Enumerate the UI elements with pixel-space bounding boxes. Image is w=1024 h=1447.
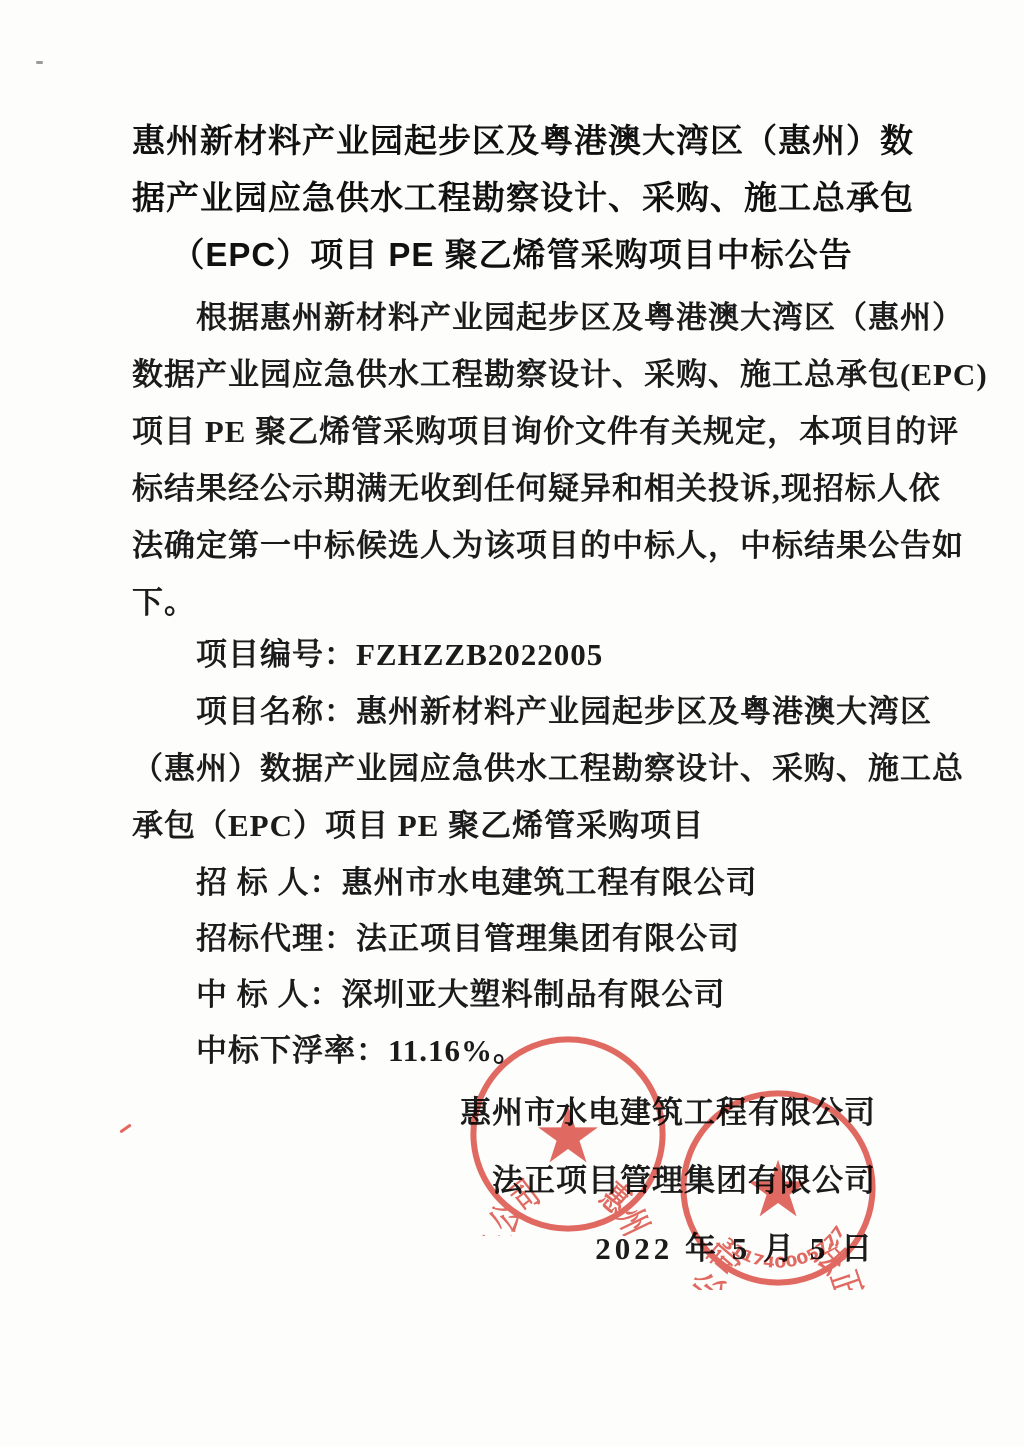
field-agency: 招标代理：法正项目管理集团有限公司 bbox=[132, 916, 892, 962]
paragraph-line: 数据产业园应急供水工程勘察设计、采购、施工总承包(EPC) bbox=[132, 352, 892, 398]
field-project-name-cont: 承包（EPC）项目 PE 聚乙烯管采购项目 bbox=[132, 803, 892, 849]
field-project-name: 项目名称：惠州新材料产业园起步区及粤港澳大湾区 bbox=[132, 689, 892, 735]
field-project-number: 项目编号：FZHZZB2022005 bbox=[132, 632, 892, 678]
field-label: 中标下浮率： bbox=[196, 1033, 388, 1068]
title-line-2: 据产业园应急供水工程勘察设计、采购、施工总承包 bbox=[132, 175, 892, 221]
field-value: 惠州市水电建筑工程有限公司 bbox=[342, 865, 758, 900]
document-page: 惠州新材料产业园起步区及粤港澳大湾区（惠州）数 据产业园应急供水工程勘察设计、采… bbox=[0, 0, 1024, 1447]
field-winner: 中 标 人：深圳亚大塑料制品有限公司 bbox=[132, 972, 892, 1018]
field-label: 中 标 人： bbox=[196, 977, 342, 1012]
field-label: 招标代理： bbox=[196, 921, 356, 956]
paragraph-line: 法确定第一中标候选人为该项目的中标人，中标结果公告如 bbox=[132, 523, 892, 569]
paragraph-line: 根据惠州新材料产业园起步区及粤港澳大湾区（惠州） bbox=[132, 295, 892, 341]
field-tenderer: 招 标 人：惠州市水电建筑工程有限公司 bbox=[132, 860, 892, 906]
field-label: 招 标 人： bbox=[196, 865, 342, 900]
field-project-name-cont: （惠州）数据产业园应急供水工程勘察设计、采购、施工总 bbox=[132, 746, 892, 792]
title-line-1: 惠州新材料产业园起步区及粤港澳大湾区（惠州）数 bbox=[132, 118, 892, 164]
official-seal-right: 法正项目管理集团有限公司 ★ 3117400057779 bbox=[676, 1086, 880, 1290]
field-value: FZHZZB2022005 bbox=[356, 637, 603, 672]
star-icon: ★ bbox=[533, 1091, 603, 1181]
paragraph-line: 下。 bbox=[132, 580, 892, 626]
scan-artifact-red-tick bbox=[119, 1124, 131, 1134]
star-icon: ★ bbox=[743, 1145, 813, 1235]
field-value: 惠州新材料产业园起步区及粤港澳大湾区 bbox=[356, 694, 932, 729]
paragraph-line: 标结果经公示期满无收到任何疑异和相关投诉,现招标人依 bbox=[132, 466, 892, 512]
title-line-3: （EPC）项目 PE 聚乙烯管采购项目中标公告 bbox=[132, 232, 892, 278]
field-value: 深圳亚大塑料制品有限公司 bbox=[342, 977, 726, 1012]
official-seal-left: 惠州市水电建筑工程有限公司 ★ bbox=[466, 1032, 670, 1236]
field-value: 法正项目管理集团有限公司 bbox=[356, 921, 740, 956]
field-label: 项目编号： bbox=[196, 637, 356, 672]
field-label: 项目名称： bbox=[196, 694, 356, 729]
scan-artifact-dot bbox=[36, 61, 43, 64]
paragraph-line: 项目 PE 聚乙烯管采购项目询价文件有关规定，本项目的评 bbox=[132, 409, 892, 455]
